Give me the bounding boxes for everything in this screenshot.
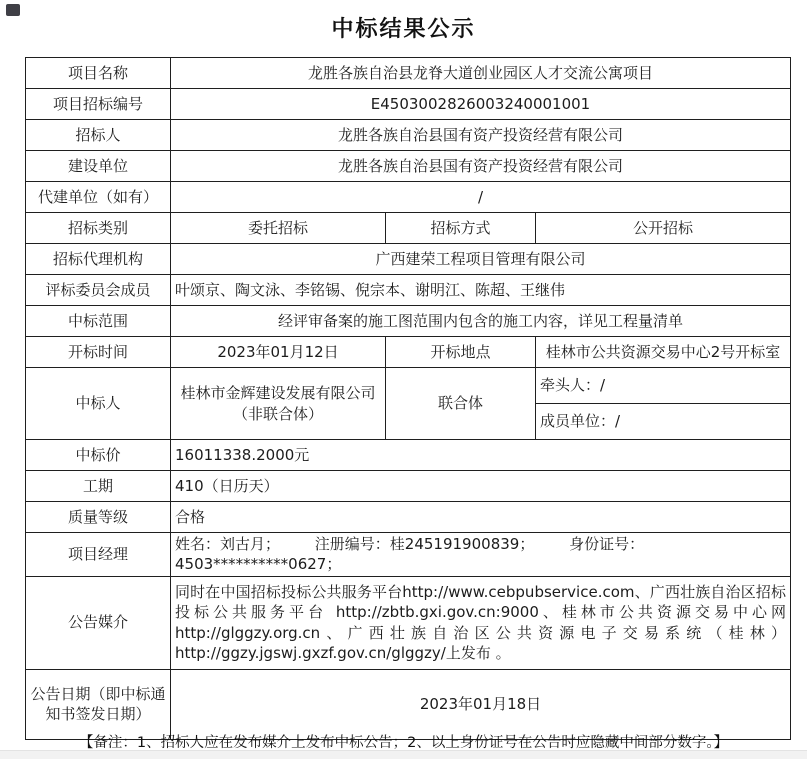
opening-time-label: 开标时间 bbox=[26, 337, 171, 368]
row-tender-agency: 招标代理机构 广西建荣工程项目管理有限公司 bbox=[26, 244, 791, 275]
footer-note: 【备注：1、招标人应在发布媒介上发布中标公告；2、以上身份证号在公告时应隐藏中间… bbox=[0, 731, 807, 752]
scope-label: 中标范围 bbox=[26, 306, 171, 337]
duration-label: 工期 bbox=[26, 471, 171, 502]
page-title: 中标结果公示 bbox=[0, 12, 807, 43]
duration-value: 410（日历天） bbox=[171, 471, 791, 502]
manager-value: 姓名：刘古月； 注册编号：桂245191900839； 身份证号：4503***… bbox=[171, 533, 791, 577]
row-scope: 中标范围 经评审备案的施工图范围内包含的施工内容，详见工程量清单 bbox=[26, 306, 791, 337]
row-project-name: 项目名称 龙胜各族自治县龙脊大道创业园区人才交流公寓项目 bbox=[26, 58, 791, 89]
tenderer-label: 招标人 bbox=[26, 120, 171, 151]
row-winner-top: 中标人 桂林市金辉建设发展有限公司（非联合体） 联合体 牵头人：/ bbox=[26, 368, 791, 404]
project-name-label: 项目名称 bbox=[26, 58, 171, 89]
page-bottom-strip bbox=[0, 750, 807, 759]
price-label: 中标价 bbox=[26, 440, 171, 471]
builder-value: 龙胜各族自治县国有资产投资经营有限公司 bbox=[171, 151, 791, 182]
tender-agency-label: 招标代理机构 bbox=[26, 244, 171, 275]
announce-date-value: 2023年01月18日 bbox=[171, 669, 791, 739]
announce-date-label: 公告日期（即中标通知书签发日期） bbox=[26, 669, 171, 739]
quality-label: 质量等级 bbox=[26, 502, 171, 533]
manager-label: 项目经理 bbox=[26, 533, 171, 577]
scope-value: 经评审备案的施工图范围内包含的施工内容，详见工程量清单 bbox=[171, 306, 791, 337]
manager-reg-no: 注册编号：桂245191900839； bbox=[315, 535, 535, 553]
committee-value: 叶颂京、陶文泳、李铭锡、倪宗本、谢明江、陈超、王继伟 bbox=[171, 275, 791, 306]
row-duration: 工期 410（日历天） bbox=[26, 471, 791, 502]
committee-label: 评标委员会成员 bbox=[26, 275, 171, 306]
consortium-leader-value: 牵头人：/ bbox=[536, 368, 791, 404]
tender-method-value: 公开招标 bbox=[536, 213, 791, 244]
tender-agency-value: 广西建荣工程项目管理有限公司 bbox=[171, 244, 791, 275]
media-label: 公告媒介 bbox=[26, 576, 171, 669]
row-tender-type: 招标类别 委托招标 招标方式 公开招标 bbox=[26, 213, 791, 244]
row-committee: 评标委员会成员 叶颂京、陶文泳、李铭锡、倪宗本、谢明江、陈超、王继伟 bbox=[26, 275, 791, 306]
opening-place-value: 桂林市公共资源交易中心2号开标室 bbox=[536, 337, 791, 368]
row-builder: 建设单位 龙胜各族自治县国有资产投资经营有限公司 bbox=[26, 151, 791, 182]
media-value: 同时在中国招标投标公共服务平台http://www.cebpubservice.… bbox=[171, 576, 791, 669]
row-tender-no: 项目招标编号 E4503002826003240001001 bbox=[26, 89, 791, 120]
bid-result-table: 项目名称 龙胜各族自治县龙脊大道创业园区人才交流公寓项目 项目招标编号 E450… bbox=[25, 57, 791, 740]
row-media: 公告媒介 同时在中国招标投标公共服务平台http://www.cebpubser… bbox=[26, 576, 791, 669]
row-price: 中标价 16011338.2000元 bbox=[26, 440, 791, 471]
tender-no-value: E4503002826003240001001 bbox=[171, 89, 791, 120]
tender-no-label: 项目招标编号 bbox=[26, 89, 171, 120]
row-manager: 项目经理 姓名：刘古月； 注册编号：桂245191900839； 身份证号：45… bbox=[26, 533, 791, 577]
builder-label: 建设单位 bbox=[26, 151, 171, 182]
opening-place-label: 开标地点 bbox=[386, 337, 536, 368]
tenderer-value: 龙胜各族自治县国有资产投资经营有限公司 bbox=[171, 120, 791, 151]
consortium-member-value: 成员单位：/ bbox=[536, 404, 791, 440]
row-agent-builder: 代建单位（如有） / bbox=[26, 182, 791, 213]
row-opening: 开标时间 2023年01月12日 开标地点 桂林市公共资源交易中心2号开标室 bbox=[26, 337, 791, 368]
winner-label: 中标人 bbox=[26, 368, 171, 440]
agent-builder-value: / bbox=[171, 182, 791, 213]
agent-builder-label: 代建单位（如有） bbox=[26, 182, 171, 213]
project-name-value: 龙胜各族自治县龙脊大道创业园区人才交流公寓项目 bbox=[171, 58, 791, 89]
row-tenderer: 招标人 龙胜各族自治县国有资产投资经营有限公司 bbox=[26, 120, 791, 151]
consortium-label: 联合体 bbox=[386, 368, 536, 440]
price-value: 16011338.2000元 bbox=[171, 440, 791, 471]
announcement-page: 中标结果公示 项目名称 龙胜各族自治县龙脊大道创业园区人才交流公寓项目 项目招标… bbox=[0, 0, 807, 759]
quality-value: 合格 bbox=[171, 502, 791, 533]
tender-method-label: 招标方式 bbox=[386, 213, 536, 244]
row-announce-date: 公告日期（即中标通知书签发日期） 2023年01月18日 bbox=[26, 669, 791, 739]
opening-time-value: 2023年01月12日 bbox=[171, 337, 386, 368]
winner-value: 桂林市金辉建设发展有限公司（非联合体） bbox=[171, 368, 386, 440]
tender-type-value: 委托招标 bbox=[171, 213, 386, 244]
tender-type-label: 招标类别 bbox=[26, 213, 171, 244]
row-quality: 质量等级 合格 bbox=[26, 502, 791, 533]
manager-name: 姓名：刘古月； bbox=[175, 535, 280, 553]
